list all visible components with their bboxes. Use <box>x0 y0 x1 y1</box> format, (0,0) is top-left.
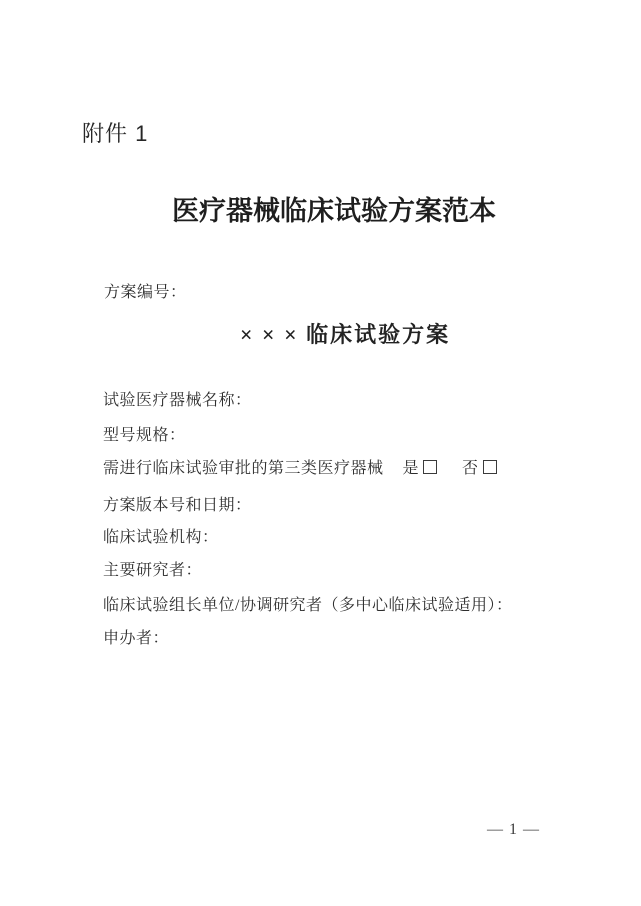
yes-option-label: 是 <box>403 460 420 477</box>
protocol-subtitle: × × × 临床试验方案 <box>240 318 450 349</box>
document-title: 医疗器械临床试验方案范本 <box>172 189 496 228</box>
no-option-label: 否 <box>462 460 479 477</box>
page-number: — 1 — <box>487 821 540 839</box>
no-checkbox-icon <box>483 460 497 474</box>
yes-checkbox-icon <box>423 460 437 474</box>
field-version-date-label: 方案版本号和日期： <box>103 492 252 515</box>
protocol-number-label: 方案编号： <box>104 279 187 302</box>
field-lead-unit-label: 临床试验组长单位/协调研究者（多中心临床试验适用）： <box>103 592 512 615</box>
field-principal-investigator-label: 主要研究者： <box>103 557 202 580</box>
attachment-label: 附件 1 <box>82 117 148 148</box>
field-sponsor-label: 申办者： <box>103 625 169 648</box>
no-option: 否 <box>462 455 497 478</box>
field-device-name-label: 试验医疗器械名称： <box>103 387 252 410</box>
field-class3-approval-label: 需进行临床试验审批的第三类医疗器械 <box>103 460 384 477</box>
document-page: 附件 1 医疗器械临床试验方案范本 方案编号： × × × 临床试验方案 试验医… <box>0 0 641 906</box>
field-model-spec-label: 型号规格： <box>103 422 186 445</box>
field-class3-approval-line: 需进行临床试验审批的第三类医疗器械是否 <box>103 455 497 478</box>
yes-option: 是 <box>403 455 438 478</box>
field-institution-label: 临床试验机构： <box>103 524 219 547</box>
